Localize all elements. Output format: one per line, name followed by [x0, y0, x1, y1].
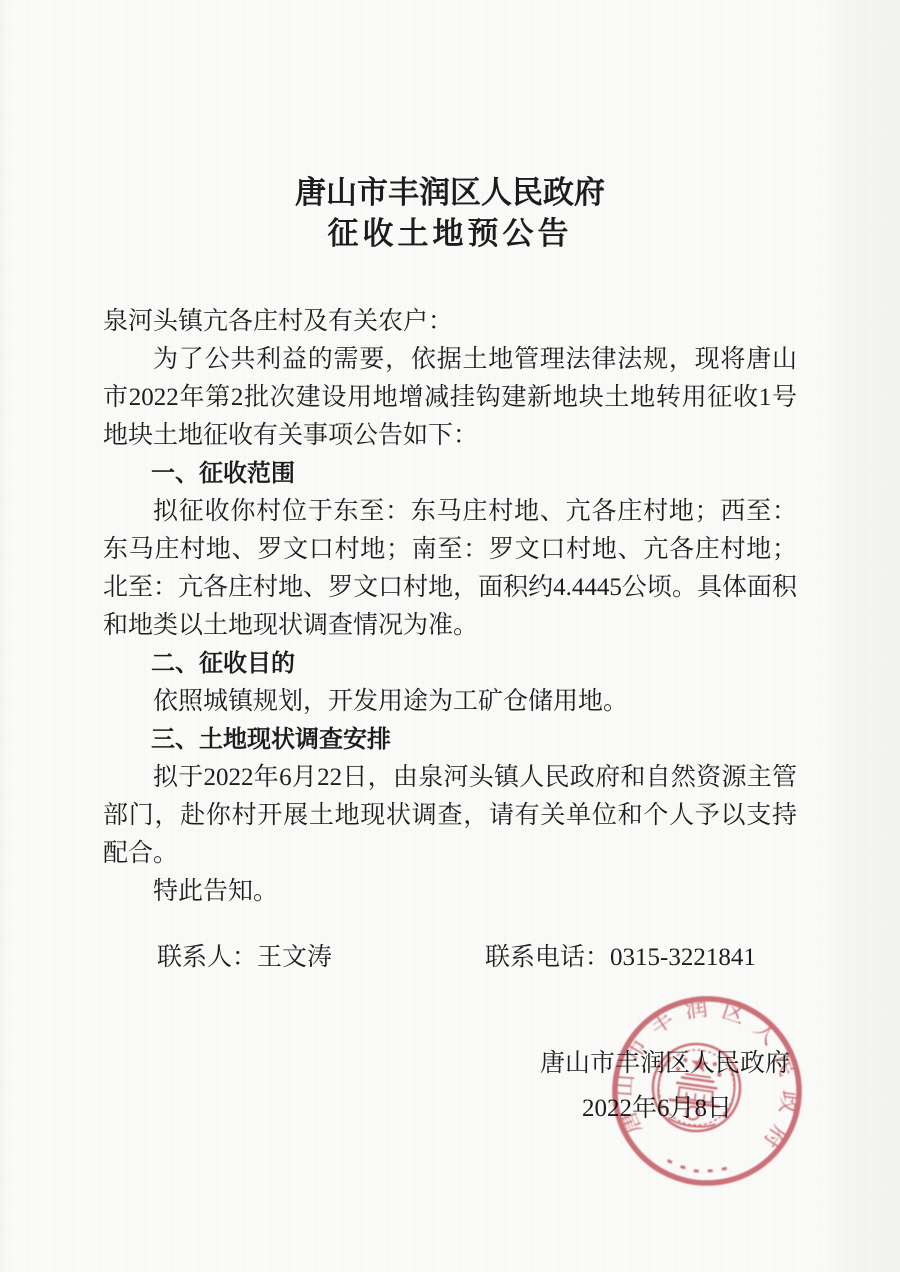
salutation: 泉河头镇亢各庄村及有关农户： — [103, 303, 797, 341]
contact-phone-label: 联系电话： — [485, 944, 610, 971]
scanned-document-page: 唐山市丰润区人民政府 征收土地预公告 泉河头镇亢各庄村及有关农户： 为了公共利益… — [0, 0, 900, 1272]
body-paragraph: 拟征收你村位于东至：东马庄村地、亢各庄村地；西至：东马庄村地、罗文口村地；南至：… — [103, 493, 797, 645]
document-body: 泉河头镇亢各庄村及有关农户： 为了公共利益的需要，依据土地管理法律法规，现将唐山… — [103, 254, 797, 911]
body-paragraph: 为了公共利益的需要，依据土地管理法律法规，现将唐山市2022年第2批次建设用地增… — [103, 341, 797, 455]
contact-phone: 联系电话：0315-3221841 — [485, 942, 756, 974]
document-header: 唐山市丰润区人民政府 征收土地预公告 — [0, 0, 900, 254]
document-title-line1: 唐山市丰润区人民政府 — [0, 172, 900, 213]
section-heading: 一、征收范围 — [103, 455, 797, 493]
contact-person: 联系人：王文涛 — [157, 944, 332, 971]
seal-bottom-marks — [666, 1158, 728, 1176]
body-paragraph: 依照城镇规划，开发用途为工矿仓储用地。 — [103, 683, 797, 721]
seal-arc-text-path: 唐山市丰润区人民政府 — [604, 983, 815, 1162]
section-heading: 二、征收目的 — [103, 645, 797, 683]
paragraph-list: 为了公共利益的需要，依据土地管理法律法规，现将唐山市2022年第2批次建设用地增… — [103, 341, 797, 911]
national-emblem-icon — [647, 1038, 745, 1136]
contact-phone-number: 0315-3221841 — [610, 944, 756, 971]
document-title-line2: 征收土地预公告 — [0, 213, 900, 254]
seal-arc-text: 唐山市丰润区人民政府 — [604, 983, 815, 1162]
official-seal: 唐山市丰润区人民政府 — [595, 979, 819, 1203]
contact-person-label: 联系人： — [157, 944, 257, 971]
contact-person-name: 王文涛 — [257, 944, 332, 971]
contact-row: 联系人：王文涛 联系电话：0315-3221841 — [103, 942, 797, 974]
body-paragraph: 拟于2022年6月22日，由泉河头镇人民政府和自然资源主管部门，赴你村开展土地现… — [103, 759, 797, 873]
section-heading: 三、土地现状调查安排 — [103, 721, 797, 759]
body-paragraph: 特此告知。 — [103, 873, 797, 911]
